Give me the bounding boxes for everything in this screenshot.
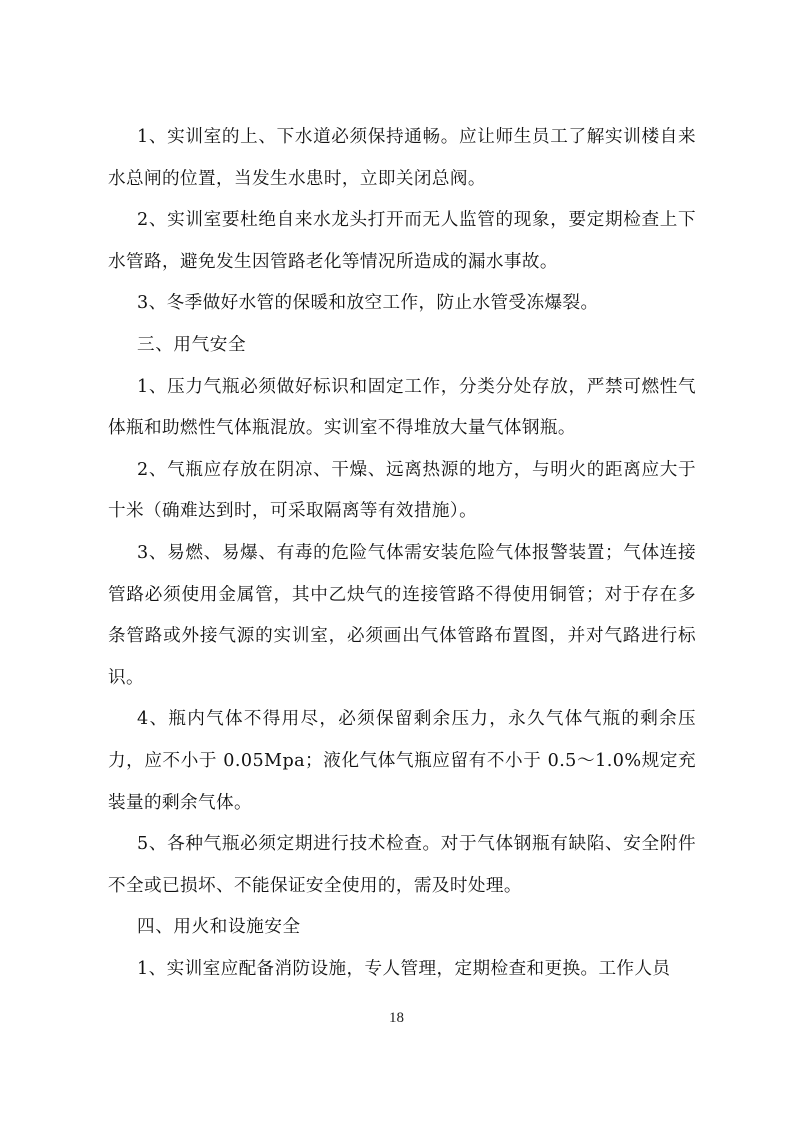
paragraph-water-1: 1、实训室的上、下水道必须保持通畅。应让师生员工了解实训楼自来水总闸的位置，当发… <box>108 117 696 200</box>
page-number: 18 <box>0 1010 793 1027</box>
paragraph-gas-4: 4、瓶内气体不得用尽，必须保留剩余压力，永久气体气瓶的剩余压力，应不小于 0.0… <box>108 699 696 824</box>
paragraph-gas-1: 1、压力气瓶必须做好标识和固定工作，分类分处存放，严禁可燃性气体瓶和助燃性气体瓶… <box>108 367 696 450</box>
paragraph-gas-5: 5、各种气瓶必须定期进行技术检查。对于气体钢瓶有缺陷、安全附件不全或已损坏、不能… <box>108 824 696 907</box>
section-heading-fire-facility-safety: 四、用火和设施安全 <box>108 907 696 949</box>
paragraph-gas-3: 3、易燃、易爆、有毒的危险气体需安装危险气体报警装置；气体连接管路必须使用金属管… <box>108 533 696 699</box>
paragraph-gas-2: 2、气瓶应存放在阴凉、干燥、远离热源的地方，与明火的距离应大于十米（确难达到时，… <box>108 450 696 533</box>
document-body: 1、实训室的上、下水道必须保持通畅。应让师生员工了解实训楼自来水总闸的位置，当发… <box>108 117 696 990</box>
paragraph-fire-1: 1、实训室应配备消防设施，专人管理，定期检查和更换。工作人员 <box>108 949 696 991</box>
paragraph-water-2: 2、实训室要杜绝自来水龙头打开而无人监管的现象，要定期检查上下水管路，避免发生因… <box>108 200 696 283</box>
section-heading-gas-safety: 三、用气安全 <box>108 325 696 367</box>
paragraph-water-3: 3、冬季做好水管的保暖和放空工作，防止水管受冻爆裂。 <box>108 283 696 325</box>
